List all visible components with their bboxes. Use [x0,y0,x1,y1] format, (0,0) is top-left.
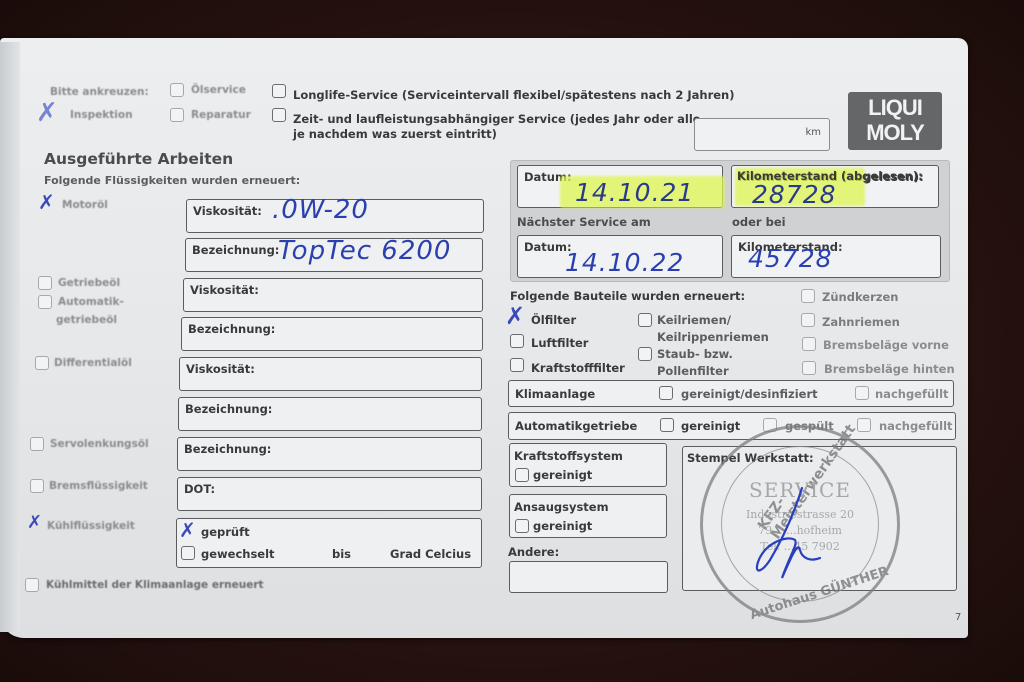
grad-celcius-label: Grad Celcius [390,547,471,561]
kraftstoff-gereinigt-checkbox[interactable] [515,468,529,482]
automatik-nachgefuellt-label: nachgefüllt [879,419,953,433]
klima-gereinigt-label: gereinigt/desinfiziert [681,387,818,401]
servolenkungsoel-checkbox[interactable] [30,437,44,451]
fluids-subtitle: Folgende Flüssigkeiten wurden erneuert: [44,174,300,187]
zeit-service-checkbox[interactable] [272,108,286,122]
klima-kuehlmittel-label: Kühlmittel der Klimaanlage erneuert [46,579,264,591]
zeit-service-label-line1: Zeit- und laufleistungsabhängiger Servic… [293,112,701,126]
klima-nachgefuellt-label: nachgefüllt [875,387,949,401]
viskositaet-label: Viskosität: [186,362,255,376]
luftfilter-label: Luftfilter [531,336,588,350]
zuendkerzen-checkbox[interactable] [801,289,815,303]
pollenfilter-label-line1: Staub- bzw. [657,347,733,361]
pollenfilter-label-line2: Pollenfilter [657,364,729,378]
ansaug-gereinigt-checkbox[interactable] [515,519,529,533]
oder-bei-label: oder bei [732,215,786,229]
zeit-service-label-line2: je nachdem was zuerst eintritt) [293,127,497,141]
bezeichnung-label: Bezeichnung: [185,402,272,416]
keilriemen-label-line1: Keilriemen/ [657,313,731,327]
motoroel-label: Motoröl [62,199,108,211]
oelfilter-label: Ölfilter [531,313,576,327]
getriebeoel-label: Getriebeöl [58,277,120,289]
liqui-moly-logo: LIQUI MOLY [848,92,942,150]
km-unit-label: km [805,127,821,138]
servolenkungsoel-label: Servolenkungsöl [50,438,149,450]
longlife-service-label: Longlife-Service (Serviceintervall flexi… [293,88,735,102]
reparatur-label: Reparatur [191,109,251,121]
kraftstofffilter-label: Kraftstofffilter [531,361,625,375]
bremsbelaege-hinten-label: Bremsbeläge hinten [824,362,955,376]
bremsbelaege-vorne-label: Bremsbeläge vorne [823,338,949,352]
reparatur-checkbox[interactable] [170,108,184,122]
kraftstoffsystem-label: Kraftstoffsystem [514,449,623,463]
kilometerstand-value: 28728 [752,180,837,209]
motoroel-checkmark-icon: ✗ [38,192,55,212]
logo-line2: MOLY [848,120,942,145]
bremsfluessigkeit-checkbox[interactable] [30,479,44,493]
gewechselt-checkbox[interactable] [181,546,195,560]
differential-bezeichnung-field[interactable]: Bezeichnung: [178,397,482,431]
bezeichnung-label: Bezeichnung: [188,322,275,336]
bremsbelaege-vorne-checkbox[interactable] [802,337,816,351]
zahnriemen-label: Zahnriemen [822,315,900,329]
oelservice-label: Ölservice [191,84,246,96]
logo-line1: LIQUI [848,95,942,120]
signature-icon [740,480,830,590]
automatikgetriebeoel-label-line2: getriebeöl [56,314,117,326]
andere-field[interactable] [509,561,668,593]
page-number: 7 [955,612,961,623]
zahnriemen-checkbox[interactable] [801,313,815,327]
viskositaet-label: Viskosität: [193,204,262,218]
andere-label: Andere: [508,545,559,559]
keilriemen-label-line2: Keilrippenriemen [657,330,769,344]
gewechselt-label: gewechselt [201,547,275,561]
kuehlfluessigkeit-label: Kühlflüssigkeit [47,520,135,532]
bremsfluessigkeit-label: Bremsflüssigkeit [49,480,148,492]
kraftstofffilter-checkbox[interactable] [510,358,524,372]
kuehlfluessigkeit-box: ✗ geprüft gewechselt bis Grad Celcius [176,518,482,568]
section-title-ausgefuehrte-arbeiten: Ausgeführte Arbeiten [44,150,233,168]
automatikgetriebeoel-checkbox[interactable] [38,295,52,309]
inspektion-checkmark-icon: ✗ [36,100,58,126]
km-interval-field[interactable]: km [694,118,830,151]
naechster-service-label: Nächster Service am [517,215,651,229]
klima-kuehlmittel-checkbox[interactable] [25,578,39,592]
ansaugsystem-box: Ansaugsystem gereinigt [509,494,667,538]
instruction-label: Bitte ankreuzen: [50,86,149,98]
next-kilometerstand-value: 45728 [748,244,833,273]
differentialoel-label: Differentialöl [54,357,132,369]
automatikgetriebeoel-label-line1: Automatik- [58,296,124,308]
bezeichnung-label: Bezeichnung: [192,243,279,257]
card-fold-edge [0,42,20,632]
next-datum-value: 14.10.22 [565,248,684,277]
oelservice-checkbox[interactable] [170,83,184,97]
differential-viskositaet-field[interactable]: Viskosität: [179,357,482,391]
kraftstoff-gereinigt-label: gereinigt [533,468,592,482]
longlife-service-checkbox[interactable] [272,84,286,98]
motoroel-viskositaet-value: .0W-20 [272,195,369,225]
kuehlfluessigkeit-checkmark-icon: ✗ [27,514,42,532]
ansaug-gereinigt-label: gereinigt [533,519,592,533]
getriebe-bezeichnung-field[interactable]: Bezeichnung: [181,317,483,351]
inspektion-label: Inspektion [70,109,133,121]
viskositaet-label: Viskosität: [190,283,259,297]
servolenkung-bezeichnung-field[interactable]: Bezeichnung: [177,437,482,471]
parts-title: Folgende Bauteile wurden erneuert: [510,289,745,303]
automatikgetriebe-row: Automatikgetriebe gereinigt gespült nach… [508,412,956,440]
bezeichnung-label: Bezeichnung: [184,442,271,456]
klima-gereinigt-checkbox[interactable] [659,386,673,400]
differentialoel-checkbox[interactable] [35,356,49,370]
luftfilter-checkbox[interactable] [510,334,524,348]
getriebeoel-checkbox[interactable] [38,276,52,290]
automatik-gereinigt-label: gereinigt [681,419,740,433]
geprueft-checkmark-icon: ✗ [179,520,196,540]
motoroel-bezeichnung-value: TopTec 6200 [278,236,451,266]
automatikgetriebe-label: Automatikgetriebe [515,419,637,433]
keilriemen-checkbox[interactable] [638,313,652,327]
klimaanlage-row: Klimaanlage gereinigt/desinfiziert nachg… [508,380,954,407]
automatik-gereinigt-checkbox[interactable] [660,418,674,432]
kraftstoffsystem-box: Kraftstoffsystem gereinigt [509,443,667,487]
geprueft-label: geprüft [201,525,250,539]
klimaanlage-label: Klimaanlage [515,387,595,401]
datum-value: 14.10.21 [575,178,694,207]
getriebe-viskositaet-field[interactable]: Viskosität: [183,278,483,312]
zuendkerzen-label: Zündkerzen [822,290,898,304]
pollenfilter-checkbox[interactable] [638,347,652,361]
dot-label: DOT: [184,482,215,496]
bremsfluessigkeit-dot-field[interactable]: DOT: [177,477,482,511]
bremsbelaege-hinten-checkbox[interactable] [802,361,816,375]
oelfilter-checkmark-icon: ✗ [505,304,525,328]
bis-label: bis [332,547,351,561]
ansaugsystem-label: Ansaugsystem [514,500,609,514]
